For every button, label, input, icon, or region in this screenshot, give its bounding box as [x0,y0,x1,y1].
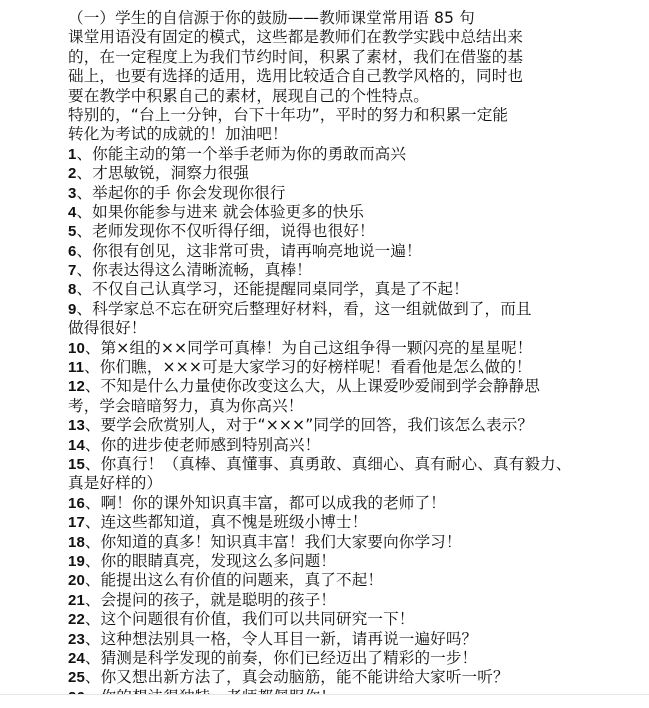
item-number: 11 [68,359,84,376]
item-number: 18 [68,534,85,551]
item-separator: 、 [85,513,101,531]
phrase-list: 1、你能主动的第一个举手老师为你的勇敢而高兴2、才思敏锐，洞察力很强3、举起你的… [68,145,588,694]
item-text: 要学会欣赏别人，对于“×××”同学的回答，我们该怎么表示？ [101,416,534,434]
list-item: 6、你很有创见，这非常可贵，请再响亮地说一遍！ [68,242,588,261]
item-separator: 、 [85,533,101,551]
item-text: 不仅自己认真学习，还能提醒同桌同学，真是了不起！ [92,280,469,298]
item-text: 老师发现你不仅听得仔细，说得也很好！ [92,222,375,240]
list-item: 15、你真行！（真棒、真懂事、真勇敢、真细心、真有耐心、真有毅力、 [68,455,588,474]
intro-line: 要在教学中积累自己的素材，展现自己的个性特点。 [68,87,588,106]
item-number: 19 [68,553,85,570]
item-separator: 、 [85,455,101,473]
list-item: 4、如果你能参与进来 就会体验更多的快乐 [68,203,588,222]
item-text: 你表达得这么清晰流畅，真棒！ [92,261,312,279]
list-item: 13、要学会欣赏别人，对于“×××”同学的回答，我们该怎么表示？ [68,416,588,435]
list-item: 10、第×组的××同学可真棒！为自己这组争得一颗闪亮的星星呢！ [68,339,588,358]
item-separator: 、 [76,184,92,202]
intro-line: 课堂用语没有固定的模式，这些都是教师们在教学实践中总结出来 [68,28,588,47]
item-separator: 、 [85,339,101,357]
list-item: 20、能提出这么有价值的问题来，真了不起！ [68,571,588,590]
list-item: 25、你又想出新方法了，真会动脑筋，能不能讲给大家听一听？ [68,668,588,687]
item-text: 你们瞧，×××可是大家学习的好榜样呢！看看他是怎么做的！ [100,358,532,376]
item-separator: 、 [85,630,101,648]
item-number: 23 [68,631,85,648]
document-page: （一）学生的自信源于你的鼓励——教师课堂常用语 85 句 课堂用语没有固定的模式… [0,0,649,694]
list-item: 3、举起你的手 你会发现你很行 [68,184,588,203]
list-item: 23、这种想法别具一格，令人耳目一新，请再说一遍好吗？ [68,630,588,649]
list-item-continuation: 考，学会暗暗努力，真为你高兴！ [68,397,588,416]
item-number: 15 [68,456,85,473]
item-text: 你知道的真多！知识真丰富！我们大家要向你学习！ [101,533,462,551]
item-number: 10 [68,340,85,357]
item-number: 12 [68,378,85,395]
list-item: 17、连这些都知道，真不愧是班级小博士！ [68,513,588,532]
item-text: 连这些都知道，真不愧是班级小博士！ [101,513,368,531]
item-text: 猜测是科学发现的前奏，你们已经迈出了精彩的一步！ [101,649,478,667]
list-item: 24、猜测是科学发现的前奏，你们已经迈出了精彩的一步！ [68,649,588,668]
item-number: 20 [68,572,85,589]
item-separator: 、 [76,203,92,221]
item-text: 会提问的孩子，就是聪明的孩子！ [101,591,336,609]
list-item: 12、不知是什么力量使你改变这么大，从上课爱吵爱闹到学会静静思 [68,377,588,396]
list-item: 22、这个问题很有价值，我们可以共同研究一下！ [68,610,588,629]
item-separator: 、 [76,164,92,182]
item-separator: 、 [76,300,92,318]
list-item: 8、不仅自己认真学习，还能提醒同桌同学，真是了不起！ [68,280,588,299]
item-text: 你的进步使老师感到特别高兴！ [101,436,321,454]
intro-line: 的，在一定程度上为我们节约时间，积累了素材，我们在借鉴的基 [68,48,588,67]
list-item-continuation: 真是好样的） [68,474,588,493]
item-text: 如果你能参与进来 就会体验更多的快乐 [92,203,364,221]
item-text: 这个问题很有价值，我们可以共同研究一下！ [101,610,415,628]
item-text: 你能主动的第一个举手老师为你的勇敢而高兴 [92,145,406,163]
item-separator: 、 [85,591,101,609]
list-item: 11、你们瞧，×××可是大家学习的好榜样呢！看看他是怎么做的！ [68,358,588,377]
item-number: 21 [68,592,85,609]
item-separator: 、 [85,649,101,667]
list-item: 1、你能主动的第一个举手老师为你的勇敢而高兴 [68,145,588,164]
list-item: 2、才思敏锐，洞察力很强 [68,164,588,183]
item-text: 真是好样的） [68,474,162,492]
list-item: 14、你的进步使老师感到特别高兴！ [68,436,588,455]
item-text: 你的眼睛真亮，发现这么多问题！ [101,552,336,570]
item-text: 第×组的××同学可真棒！为自己这组争得一颗闪亮的星星呢！ [101,339,533,357]
item-separator: 、 [85,552,101,570]
item-separator: 、 [85,610,101,628]
item-text: 举起你的手 你会发现你很行 [92,184,285,202]
page-gap [0,695,649,708]
item-number: 24 [68,650,85,667]
list-item: 9、科学家总不忘在研究后整理好材料，看，这一组就做到了，而且 [68,300,588,319]
list-item: 5、老师发现你不仅听得仔细，说得也很好！ [68,222,588,241]
item-text: 才思敏锐，洞察力很强 [92,164,249,182]
item-separator: 、 [76,145,92,163]
item-text: 科学家总不忘在研究后整理好材料，看，这一组就做到了，而且 [92,300,531,318]
item-text: 做得很好！ [68,319,146,337]
intro-line: 转化为考试的成就的！加油吧！ [68,125,588,144]
item-separator: 、 [76,222,92,240]
item-separator: 、 [85,416,101,434]
intro-line: 特别的，“台上一分钟，台下十年功”，平时的努力和积累一定能 [68,106,588,125]
list-item: 19、你的眼睛真亮，发现这么多问题！ [68,552,588,571]
document-content: （一）学生的自信源于你的鼓励——教师课堂常用语 85 句 课堂用语没有固定的模式… [68,9,588,694]
item-separator: 、 [84,358,100,376]
list-item: 7、你表达得这么清晰流畅，真棒！ [68,261,588,280]
item-number: 16 [68,495,85,512]
item-number: 22 [68,611,85,628]
item-text: 你真行！（真棒、真懂事、真勇敢、真细心、真有耐心、真有毅力、 [101,455,572,473]
list-item: 21、会提问的孩子，就是聪明的孩子！ [68,591,588,610]
intro-line: 础上，也要有选择的适用，选用比较适合自己教学风格的，同时也 [68,67,588,86]
item-text: 你又想出新方法了，真会动脑筋，能不能讲给大家听一听？ [101,668,509,686]
item-text: 这种想法别具一格，令人耳目一新，请再说一遍好吗？ [101,630,478,648]
document-title: （一）学生的自信源于你的鼓励——教师课堂常用语 85 句 [68,9,588,28]
item-text: 能提出这么有价值的问题来，真了不起！ [101,571,384,589]
item-separator: 、 [85,436,101,454]
item-separator: 、 [76,261,92,279]
list-item: 16、啊！你的课外知识真丰富，都可以成我的老师了！ [68,494,588,513]
item-text: 啊！你的课外知识真丰富，都可以成我的老师了！ [101,494,446,512]
item-text: 考，学会暗暗努力，真为你高兴！ [68,397,303,415]
item-number: 13 [68,417,85,434]
item-number: 25 [68,669,85,686]
item-separator: 、 [85,668,101,686]
item-separator: 、 [76,280,92,298]
item-separator: 、 [85,377,101,395]
item-separator: 、 [76,242,92,260]
item-number: 14 [68,437,85,454]
item-text: 不知是什么力量使你改变这么大，从上课爱吵爱闹到学会静静思 [101,377,540,395]
item-separator: 、 [85,494,101,512]
item-separator: 、 [85,571,101,589]
item-text: 你很有创见，这非常可贵，请再响亮地说一遍！ [92,242,422,260]
item-number: 17 [68,514,85,531]
list-item-continuation: 做得很好！ [68,319,588,338]
list-item: 18、你知道的真多！知识真丰富！我们大家要向你学习！ [68,533,588,552]
